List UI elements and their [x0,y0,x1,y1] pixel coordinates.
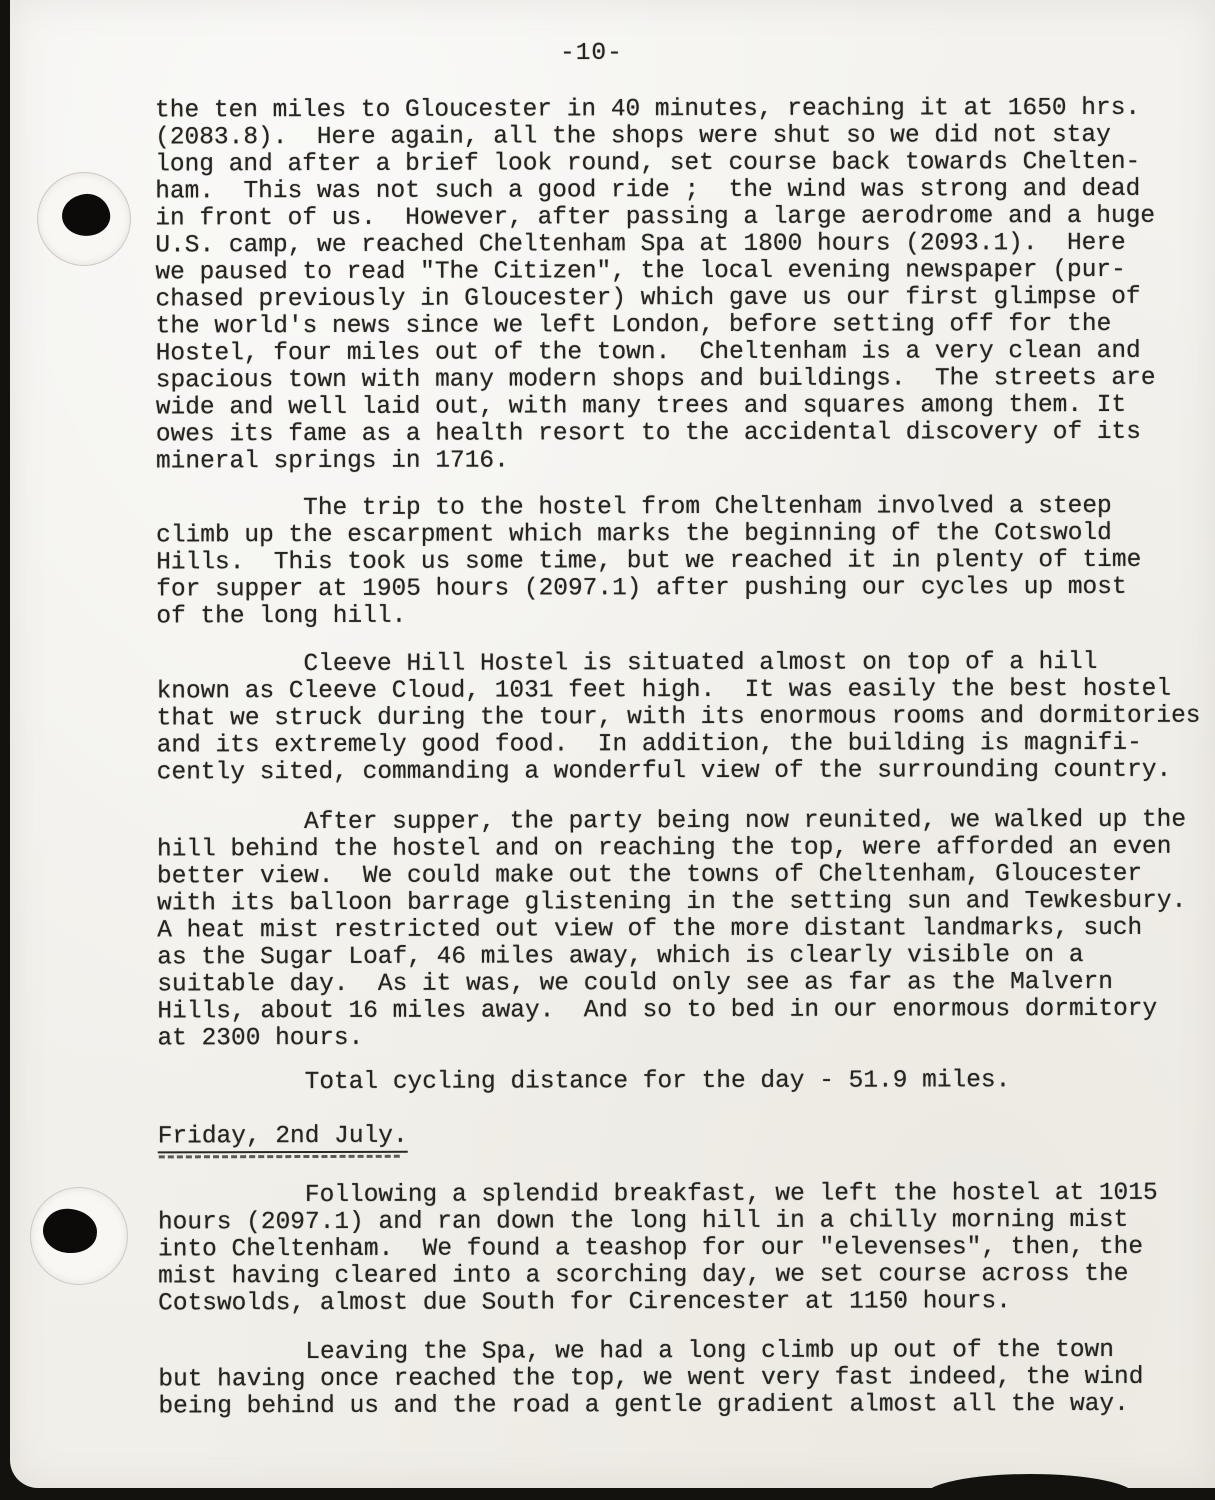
scan-edge-left [0,0,10,1500]
scanned-page: -10- the ten miles to Gloucester in 40 m… [10,0,1215,1488]
page-number: -10- [560,40,623,67]
paragraph-trip-to-hostel: The trip to the hostel from Cheltenham i… [156,493,1215,631]
paragraph-leaving-spa: Leaving the Spa, we had a long climb up … [158,1337,1215,1421]
paragraph-cleeve-hill-hostel: Cleeve Hill Hostel is situated almost on… [156,649,1215,787]
hole-punch-top-hole [59,191,112,239]
paragraph-friday-breakfast: Following a splendid breakfast, we left … [158,1180,1215,1318]
document-scan: { "page": { "number": "-10-", "heading":… [0,0,1215,1500]
page-content: the ten miles to Gloucester in 40 minute… [155,95,1215,1421]
paragraph-gloucester-return: the ten miles to Gloucester in 40 minute… [155,95,1215,476]
day-heading-text: Friday, 2nd July. [158,1123,408,1154]
hole-punch-bottom-hole [41,1206,99,1255]
total-distance-line: Total cycling distance for the day - 51.… [158,1067,1215,1097]
day-heading: Friday, 2nd July. [158,1121,1215,1154]
paragraph-evening-walk: After supper, the party being now reunit… [157,807,1215,1053]
hole-punch-top [37,172,131,266]
hole-punch-bottom [30,1187,128,1285]
